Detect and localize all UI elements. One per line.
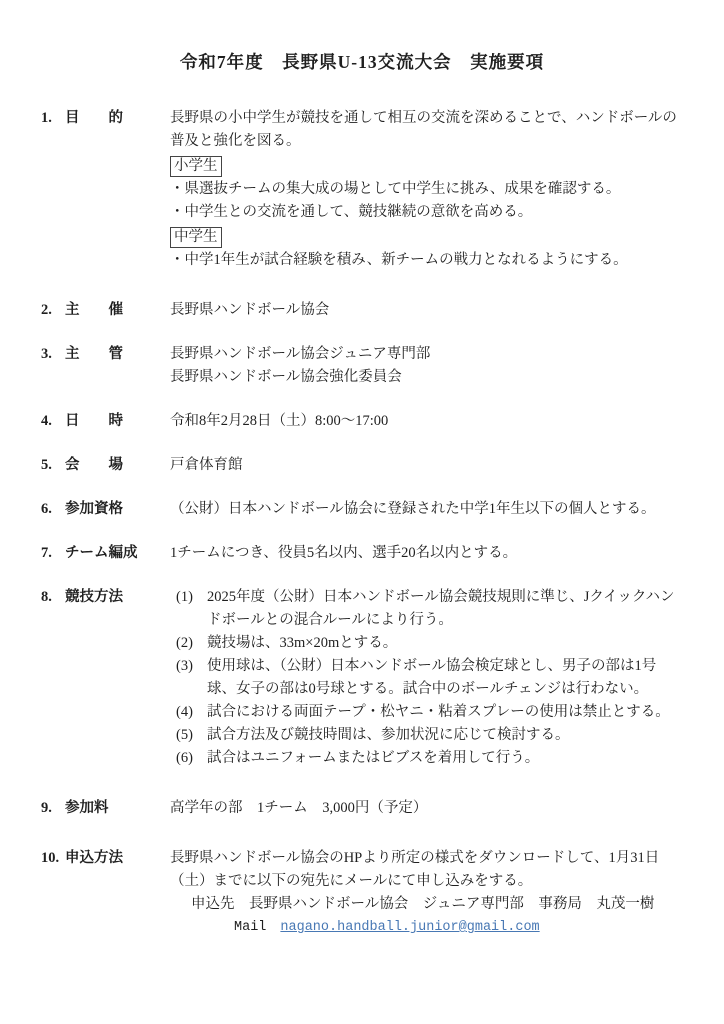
document-title: 令和7年度 長野県U-13交流大会 実施要項 <box>0 0 724 74</box>
rule-item-marker: (6) <box>176 747 207 770</box>
rule-item: (3) 使用球は、（公財）日本ハンドボール協会検定球とし、男子の部は1号球、女子… <box>176 655 684 701</box>
section-entry-fee-label: 9.参加料 <box>0 797 170 820</box>
event-datetime: 令和8年2月28日（土）8:00～17:00 <box>170 410 684 433</box>
management-line: 長野県ハンドボール協会ジュニア専門部 <box>170 343 684 366</box>
section-entry-fee-content: 高学年の部 1チーム 3,000円（予定） <box>170 797 724 820</box>
section-management-label: 3.主 管 <box>0 343 170 389</box>
mail-label: Mail <box>234 920 266 935</box>
section-label-text: 主 催 <box>65 302 123 318</box>
rule-item: (6) 試合はユニフォームまたはビブスを着用して行う。 <box>176 747 684 770</box>
section-number: 3. <box>41 343 65 366</box>
rule-item: (2) 競技場は、33m×20mとする。 <box>176 632 684 655</box>
section-venue: 5.会 場 戸倉体育館 <box>0 454 724 477</box>
section-label-text: 主 管 <box>65 346 123 362</box>
section-competition-rules-content: (1) 2025年度（公財）日本ハンドボール協会競技規則に準じ、Jクイックハンド… <box>170 586 724 770</box>
management-line: 長野県ハンドボール協会強化委員会 <box>170 366 684 389</box>
rule-item-text: 競技場は、33m×20mとする。 <box>207 632 684 655</box>
elementary-heading-box: 小学生 <box>170 156 222 177</box>
section-eligibility: 6.参加資格 （公財）日本ハンドボール協会に登録された中学1年生以下の個人とする… <box>0 498 724 521</box>
rule-item: (1) 2025年度（公財）日本ハンドボール協会競技規則に準じ、Jクイックハンド… <box>176 586 684 632</box>
section-number: 1. <box>41 107 65 130</box>
section-application-content: 長野県ハンドボール協会のHPより所定の様式をダウンロードして、1月31日（土）ま… <box>170 847 724 939</box>
section-number: 6. <box>41 498 65 521</box>
mail-address-link[interactable]: nagano.handball.junior@gmail.com <box>280 920 539 935</box>
entry-fee-text: 高学年の部 1チーム 3,000円（予定） <box>170 797 684 820</box>
section-purpose: 1.目 的 長野県の小中学生が競技を通して相互の交流を深めることで、ハンドボール… <box>0 107 724 272</box>
rule-item-marker: (5) <box>176 724 207 747</box>
section-number: 2. <box>41 299 65 322</box>
section-host-content: 長野県ハンドボール協会 <box>170 299 724 322</box>
section-team-composition-label: 7.チーム編成 <box>0 542 170 565</box>
document-page: 令和7年度 長野県U-13交流大会 実施要項 1.目 的 長野県の小中学生が競技… <box>0 0 724 1024</box>
section-purpose-label: 1.目 的 <box>0 107 170 272</box>
section-datetime-label: 4.日 時 <box>0 410 170 433</box>
purpose-junior-high-point: ・中学1年生が試合経験を積み、新チームの戦力となれるようにする。 <box>170 249 684 272</box>
rule-item-marker: (1) <box>176 586 207 632</box>
section-application-label: 10.申込方法 <box>0 847 170 939</box>
section-datetime: 4.日 時 令和8年2月28日（土）8:00～17:00 <box>0 410 724 433</box>
purpose-elementary-point: ・県選抜チームの集大成の場として中学生に挑み、成果を確認する。 <box>170 178 684 201</box>
section-purpose-content: 長野県の小中学生が競技を通して相互の交流を深めることで、ハンドボールの普及と強化… <box>170 107 724 272</box>
rule-item-marker: (2) <box>176 632 207 655</box>
section-team-composition: 7.チーム編成 1チームにつき、役員5名以内、選手20名以内とする。 <box>0 542 724 565</box>
section-venue-content: 戸倉体育館 <box>170 454 724 477</box>
section-host-label: 2.主 催 <box>0 299 170 322</box>
section-label-text: 日 時 <box>65 413 123 429</box>
section-team-composition-content: 1チームにつき、役員5名以内、選手20名以内とする。 <box>170 542 724 565</box>
host-name: 長野県ハンドボール協会 <box>170 299 684 322</box>
rule-item: (4) 試合における両面テープ・松ヤニ・粘着スプレーの使用は禁止とする。 <box>176 701 684 724</box>
application-contact-line: 申込先 長野県ハンドボール協会 ジュニア専門部 事務局 丸茂一樹 <box>170 893 684 916</box>
section-venue-label: 5.会 場 <box>0 454 170 477</box>
team-composition-text: 1チームにつき、役員5名以内、選手20名以内とする。 <box>170 542 684 565</box>
junior-high-heading-box: 中学生 <box>170 227 222 248</box>
application-paragraph: 長野県ハンドボール協会のHPより所定の様式をダウンロードして、1月31日（土）ま… <box>170 847 684 893</box>
section-label-text: 参加資格 <box>65 501 123 517</box>
section-datetime-content: 令和8年2月28日（土）8:00～17:00 <box>170 410 724 433</box>
section-number: 8. <box>41 586 65 609</box>
eligibility-text: （公財）日本ハンドボール協会に登録された中学1年生以下の個人とする。 <box>170 498 684 521</box>
section-label-text: チーム編成 <box>65 545 138 561</box>
rule-item-text: 試合における両面テープ・松ヤニ・粘着スプレーの使用は禁止とする。 <box>207 701 684 724</box>
rule-item: (5) 試合方法及び競技時間は、参加状況に応じて検討する。 <box>176 724 684 747</box>
section-management: 3.主 管 長野県ハンドボール協会ジュニア専門部 長野県ハンドボール協会強化委員… <box>0 343 724 389</box>
rule-item-text: 使用球は、（公財）日本ハンドボール協会検定球とし、男子の部は1号球、女子の部は0… <box>207 655 684 701</box>
section-label-text: 競技方法 <box>65 589 123 605</box>
section-host: 2.主 催 長野県ハンドボール協会 <box>0 299 724 322</box>
section-application: 10.申込方法 長野県ハンドボール協会のHPより所定の様式をダウンロードして、1… <box>0 847 724 939</box>
purpose-intro: 長野県の小中学生が競技を通して相互の交流を深めることで、ハンドボールの普及と強化… <box>170 107 684 153</box>
rule-item-text: 2025年度（公財）日本ハンドボール協会競技規則に準じ、Jクイックハンドボールと… <box>207 586 684 632</box>
venue-name: 戸倉体育館 <box>170 454 684 477</box>
application-mail-line: Mailnagano.handball.junior@gmail.com <box>170 916 684 939</box>
section-label-text: 申込方法 <box>65 850 123 866</box>
section-label-text: 目 的 <box>65 110 123 126</box>
rule-item-marker: (3) <box>176 655 207 701</box>
section-management-content: 長野県ハンドボール協会ジュニア専門部 長野県ハンドボール協会強化委員会 <box>170 343 724 389</box>
section-number: 7. <box>41 542 65 565</box>
section-number: 10. <box>41 847 65 870</box>
section-entry-fee: 9.参加料 高学年の部 1チーム 3,000円（予定） <box>0 797 724 820</box>
purpose-elementary-point: ・中学生との交流を通して、競技継続の意欲を高める。 <box>170 201 684 224</box>
rule-item-text: 試合方法及び競技時間は、参加状況に応じて検討する。 <box>207 724 684 747</box>
section-competition-rules: 8.競技方法 (1) 2025年度（公財）日本ハンドボール協会競技規則に準じ、J… <box>0 586 724 770</box>
section-number: 9. <box>41 797 65 820</box>
section-number: 5. <box>41 454 65 477</box>
rule-item-marker: (4) <box>176 701 207 724</box>
section-number: 4. <box>41 410 65 433</box>
section-competition-rules-label: 8.競技方法 <box>0 586 170 770</box>
section-eligibility-content: （公財）日本ハンドボール協会に登録された中学1年生以下の個人とする。 <box>170 498 724 521</box>
rule-item-text: 試合はユニフォームまたはビブスを着用して行う。 <box>207 747 684 770</box>
section-label-text: 参加料 <box>65 800 109 816</box>
section-label-text: 会 場 <box>65 457 123 473</box>
section-eligibility-label: 6.参加資格 <box>0 498 170 521</box>
